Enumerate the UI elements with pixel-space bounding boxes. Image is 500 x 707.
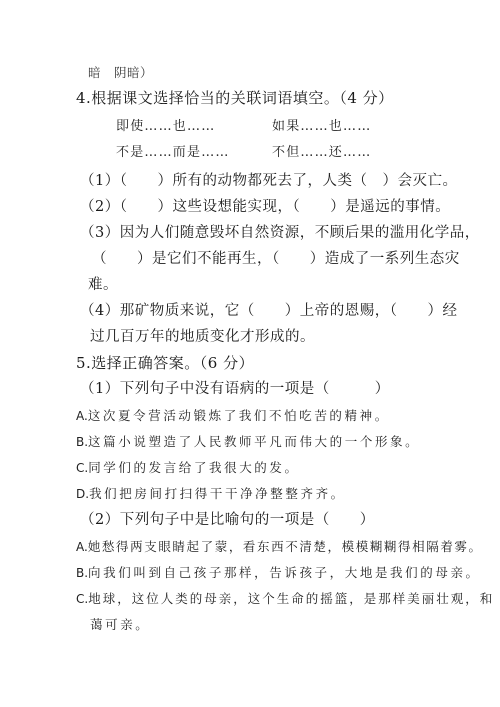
q4-item-3: （3）因为人们随意毁坏自然资源，不顾后果的滥用化学品，: [80, 224, 480, 242]
q4-item-1: （1）（ ）所有的动物都死去了，人类（ ）会灭亡。: [80, 172, 457, 190]
q5-sub1-choice-a: A.这次夏令营活动锻炼了我们不怕吃苦的精神。: [76, 407, 390, 425]
q5-sub2-choice-a: A.她愁得两支眼睛起了蒙，看东西不清楚，模模糊糊得相隔着雾。: [76, 538, 483, 556]
q4-item-3-cont: （ ）是它们不能再生，（ ）造成了一系列生态灾: [92, 250, 460, 268]
question-5-title: 5.选择正确答案。（6 分）: [76, 354, 254, 372]
question-4-title: 4.根据课文选择恰当的关联词语填空。（4 分）: [76, 89, 394, 107]
q4-option-4: 不但……还……: [272, 144, 371, 162]
carryover-text: 暗 阴暗）: [88, 64, 153, 82]
q4-item-4-cont: 过几百万年的地质变化才形成的。: [90, 328, 315, 346]
q5-sub1-choice-b: B.这篇小说塑造了人民教师平凡而伟大的一个形象。: [76, 433, 420, 451]
q5-sub2-question: （2）下列句子中是比喻句的一项是（ ）: [80, 511, 375, 529]
q4-option-2: 如果……也……: [272, 118, 371, 136]
q5-sub1-choice-c: C.同学们的发言给了我很大的发。: [76, 459, 300, 477]
q4-item-3-cont2: 难。: [88, 276, 118, 294]
q5-sub1-choice-d: D.我们把房间打扫得干干净净整整齐齐。: [76, 485, 346, 503]
q5-sub2-choice-c-cont: 蔼可亲。: [90, 616, 150, 634]
q5-sub2-choice-b: B.向我们叫到自己孩子那样，告诉孩子，大地是我们的母亲。: [76, 564, 481, 582]
q5-sub2-choice-c: C.地球，这位人类的母亲，这个生命的摇篮，是那样美丽壮观，和: [76, 590, 494, 608]
q4-item-4: （4）那矿物质来说，它（ ）上帝的恩赐，（ ）经: [80, 302, 457, 320]
q5-sub1-question: （1）下列句子中没有语病的一项是（ ）: [80, 380, 390, 398]
q4-option-1: 即使……也……: [116, 118, 215, 136]
q4-item-2: （2）（ ）这些设想能实现，（ ）是遥远的事情。: [80, 198, 450, 216]
q4-option-3: 不是……而是……: [116, 144, 230, 162]
